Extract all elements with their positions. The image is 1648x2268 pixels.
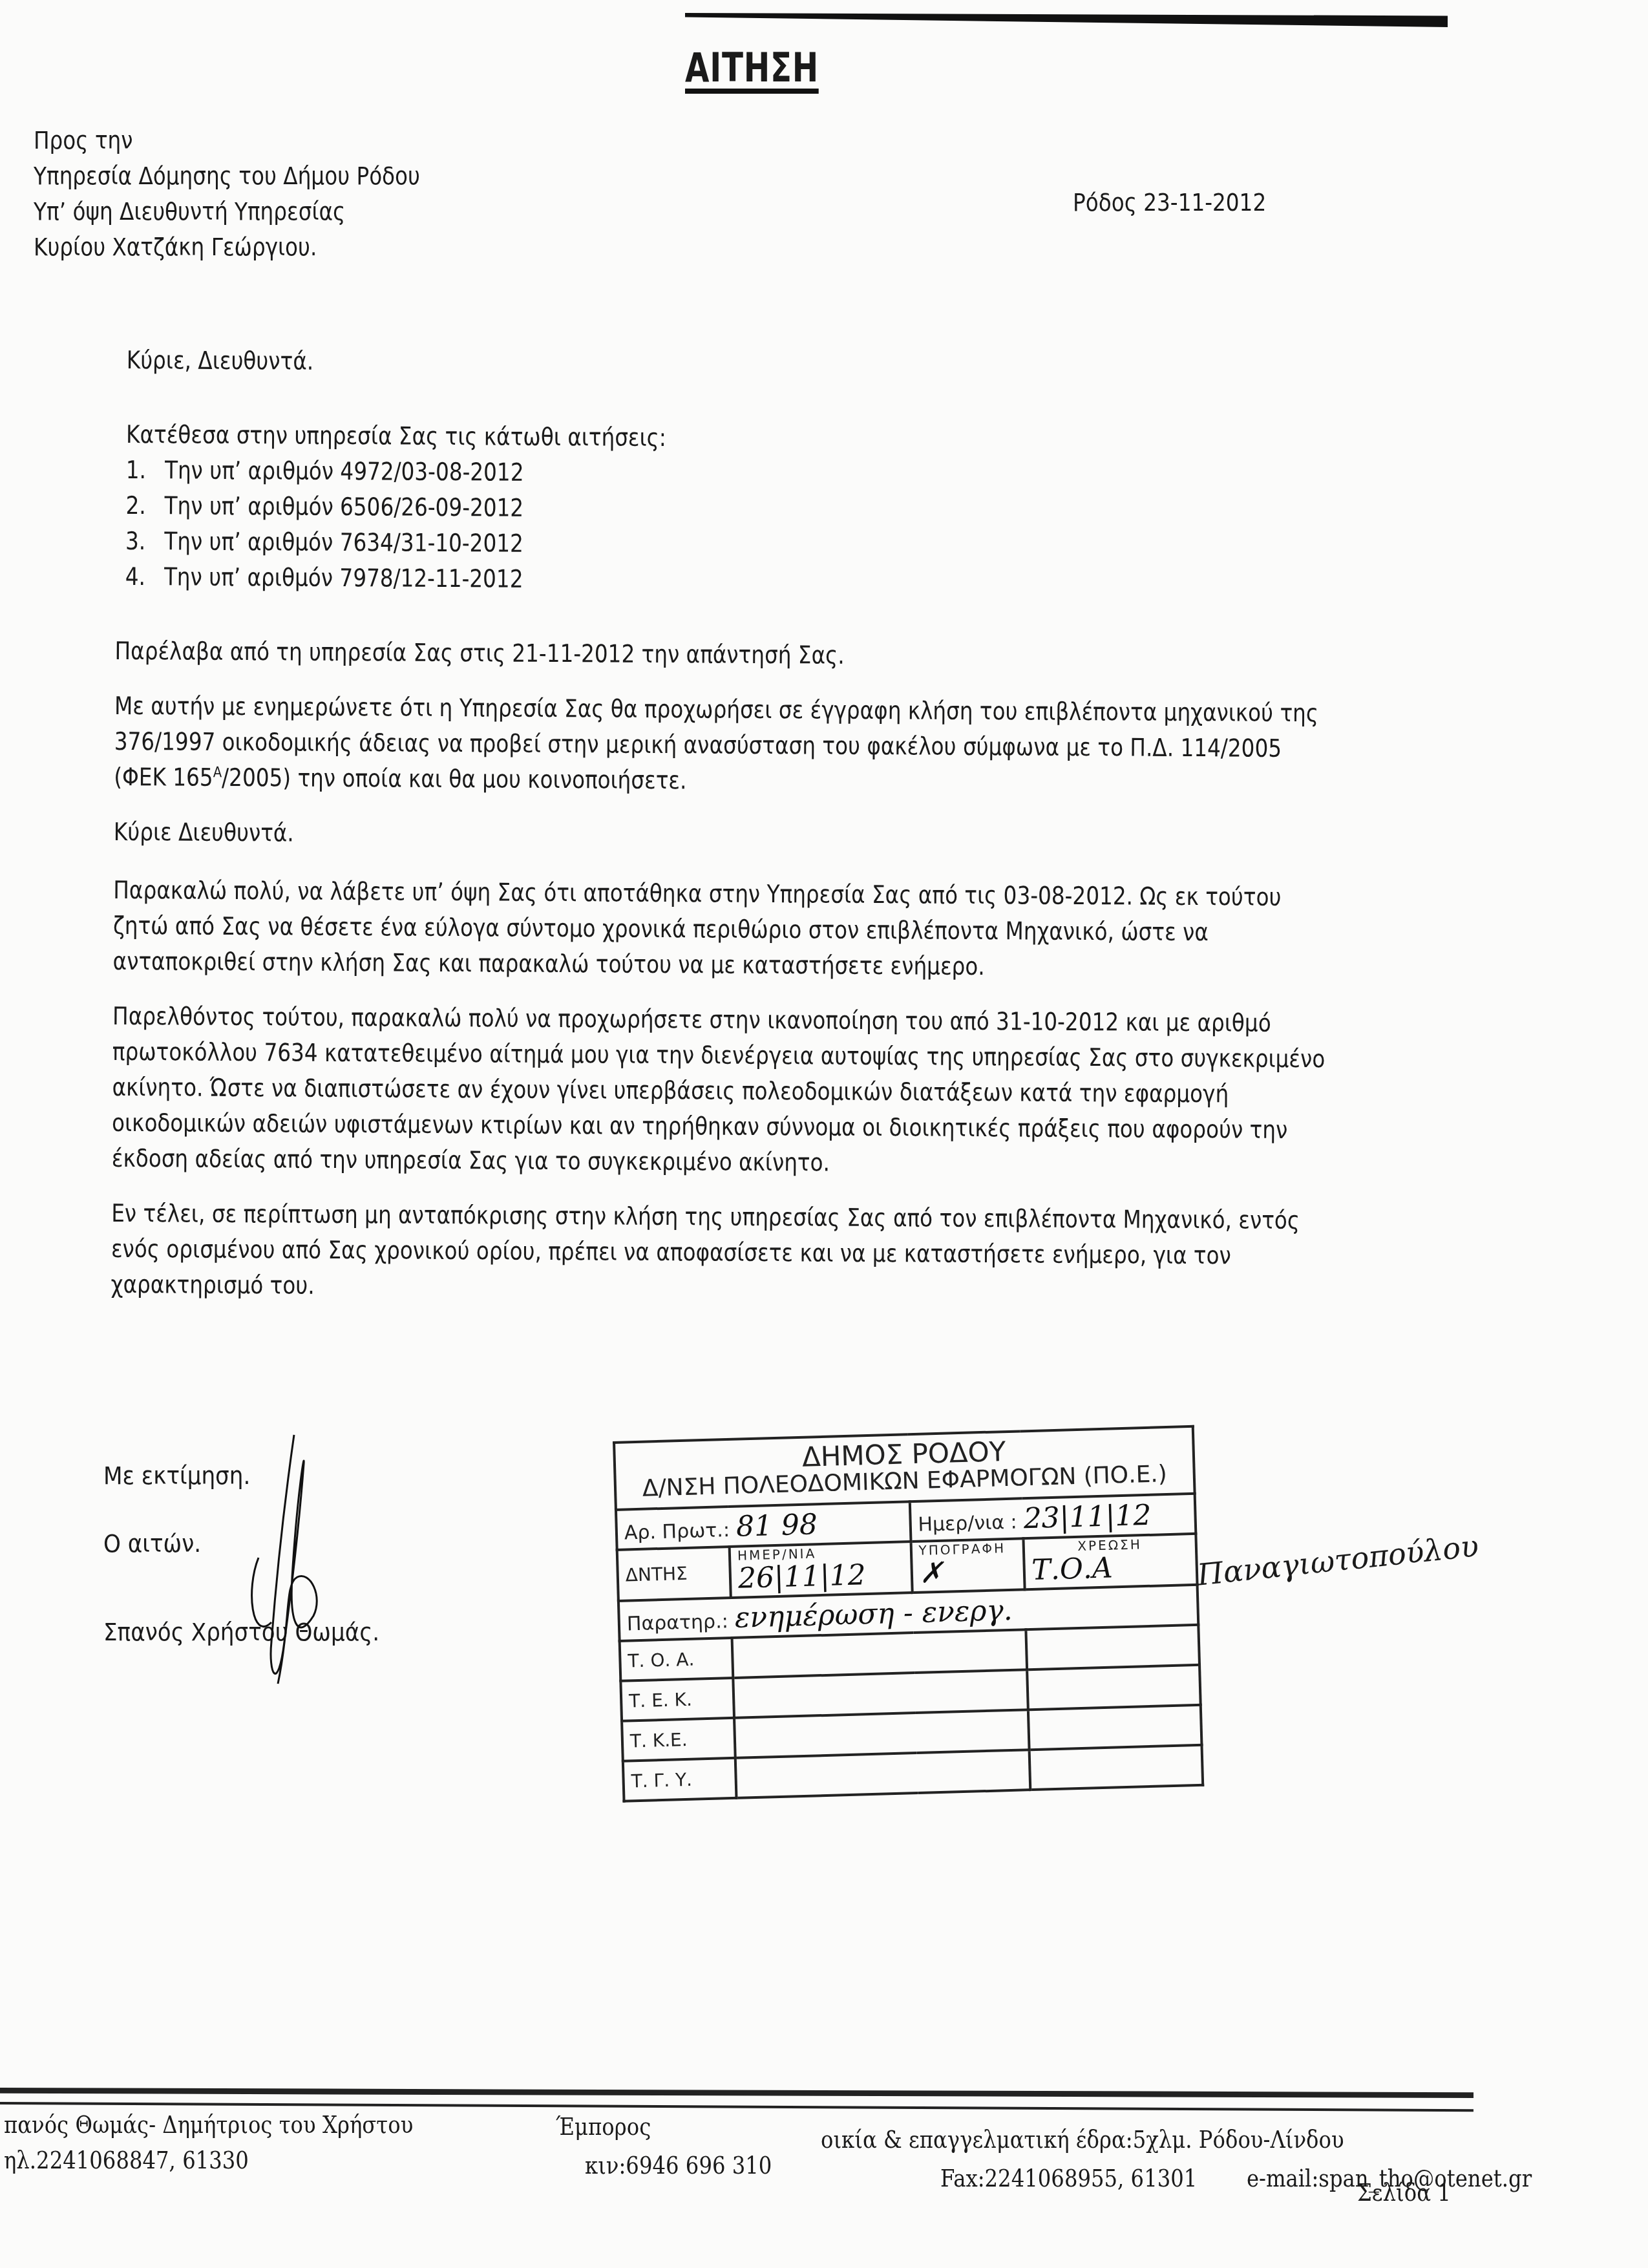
- document-title: ΑΙΤΗΣΗ: [685, 47, 819, 94]
- recipient-line: Κυρίου Χατζάκη Γεώργιου.: [34, 229, 420, 265]
- recipient-block: Προς την Υπηρεσία Δόμησης του Δήμου Ρόδο…: [34, 123, 420, 265]
- registry-stamp: ΔΗΜΟΣ ΡΟΔΟΥ Δ/ΝΣΗ ΠΟΛΕΟΔΟΜΙΚΩΝ ΕΦΑΡΜΟΓΩΝ…: [613, 1425, 1204, 1803]
- paragraph-request: Παρακαλώ πολύ, να λάβετε υπ’ όψη Σας ότι…: [113, 873, 1326, 986]
- paragraph-received: Παρέλαβα από τη υπηρεσία Σας στις 21-11-…: [114, 633, 1327, 676]
- paragraph-inform: Με αυτήν με ενημερώνετε ότι η Υπηρεσία Σ…: [114, 688, 1327, 802]
- recipient-line: Υπηρεσία Δόμησης του Δήμου Ρόδου: [34, 158, 420, 194]
- row-label: Τ. Ο. Α.: [620, 1638, 734, 1681]
- director-date: 26|11|12: [737, 1558, 866, 1595]
- footer-mobile: κιν:6946 696 310: [585, 2151, 772, 2179]
- director-label: ΔΝΤΗΣ: [617, 1547, 731, 1601]
- footer-name: πανός Θωμάς- Δημήτριος του Χρήστου: [4, 2110, 413, 2139]
- paragraph-finally: Εν τέλει, σε περίπτωση μη ανταπόκρισης σ…: [111, 1196, 1324, 1309]
- row-label: Τ. Κ.Ε.: [622, 1718, 735, 1761]
- date-label: Ημερ/νια :: [918, 1510, 1017, 1536]
- handwritten-charge-name: Παναγιωτοπούλου: [1196, 1528, 1480, 1592]
- paragraph-inspection: Παρελθόντος τούτου, παρακαλώ πολύ να προ…: [112, 999, 1326, 1183]
- row-label: Τ. Γ. Υ.: [623, 1758, 737, 1801]
- footer-occupation: Έμπορος: [556, 2112, 651, 2141]
- footer-rule: [0, 2088, 1474, 2098]
- recipient-line: Προς την: [34, 123, 420, 158]
- salutation: Κύριε, Διευθυντά.: [127, 343, 1329, 385]
- protocol-label: Αρ. Πρωτ.:: [624, 1519, 730, 1545]
- remarks-value: ενημέρωση - ενεργ.: [734, 1593, 1013, 1634]
- footer-phone: ηλ.2241068847, 61330: [4, 2146, 249, 2174]
- director-initials: ✗: [919, 1556, 944, 1590]
- place-date: Ρόδος 23-11-2012: [1073, 185, 1266, 220]
- stamp-date: 23|11|12: [1023, 1498, 1152, 1534]
- remarks-label: Παρατηρ.:: [626, 1610, 728, 1635]
- footer-address: οικία & επαγγελματική έδρα:5χλμ. Ρόδου-Λ…: [821, 2125, 1344, 2154]
- application-item: 4.Την υπ’ αριθμόν 7978/12-11-2012: [125, 559, 1328, 602]
- letter-body: Κύριε, Διευθυντά. Κατέθεσα στην υπηρεσία…: [121, 343, 1329, 1309]
- scan-edge-bar: [685, 13, 1448, 27]
- handwritten-signature: [233, 1428, 336, 1700]
- page-number: Σελίδα 1: [1357, 2178, 1451, 2207]
- recipient-line: Υπ’ όψη Διευθυντή Υπηρεσίας: [34, 194, 420, 229]
- protocol-number: 81 98: [735, 1508, 818, 1543]
- charge-value: Τ.Ο.Α: [1031, 1551, 1114, 1586]
- row-label: Τ. Ε. Κ.: [620, 1678, 734, 1721]
